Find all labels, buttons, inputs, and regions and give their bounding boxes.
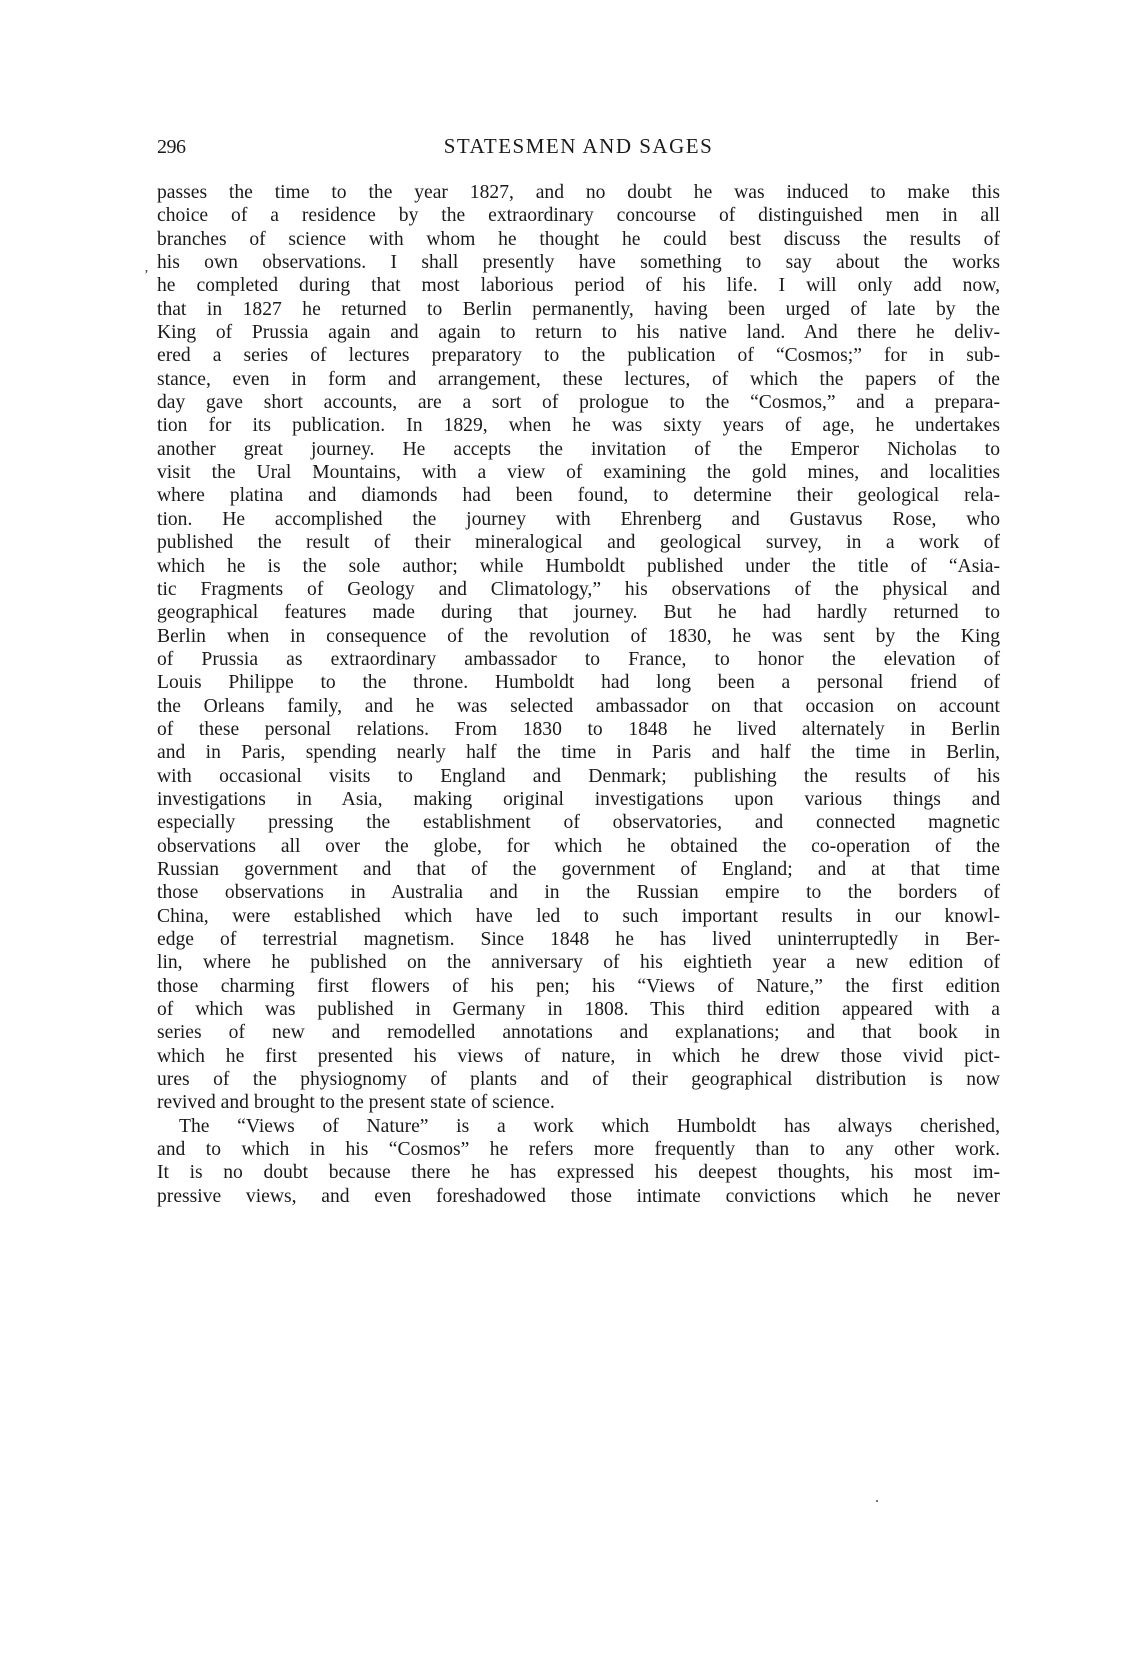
document-page: 296 STATESMEN AND SAGES passes the time …: [157, 132, 1000, 1208]
text-line: where platina and diamonds had been foun…: [157, 484, 1000, 507]
text-line: China, were established which have led t…: [157, 905, 1000, 928]
text-line: tion for its publication. In 1829, when …: [157, 414, 1000, 437]
text-line: choice of a residence by the extraordina…: [157, 204, 1000, 227]
text-line: another great journey. He accepts the in…: [157, 438, 1000, 461]
text-line: those observations in Australia and in t…: [157, 881, 1000, 904]
text-line: series of new and remodelled annotations…: [157, 1021, 1000, 1044]
text-line: geographical features made during that j…: [157, 601, 1000, 624]
text-line: especially pressing the establishment of…: [157, 811, 1000, 834]
text-line: he completed during that most laborious …: [157, 274, 1000, 297]
text-line: his own observations. I shall presently …: [157, 251, 1000, 274]
text-line: passes the time to the year 1827, and no…: [157, 181, 1000, 204]
text-line: Russian government and that of the gover…: [157, 858, 1000, 881]
text-line: branches of science with whom he thought…: [157, 228, 1000, 251]
body-text: passes the time to the year 1827, and no…: [157, 181, 1000, 1208]
text-line: of which was published in Germany in 180…: [157, 998, 1000, 1021]
text-line: and to which in his “Cosmos” he refers m…: [157, 1138, 1000, 1161]
text-line: King of Prussia again and again to retur…: [157, 321, 1000, 344]
text-line: Louis Philippe to the throne. Humboldt h…: [157, 671, 1000, 694]
text-line: investigations in Asia, making original …: [157, 788, 1000, 811]
text-line: The “Views of Nature” is a work which Hu…: [157, 1115, 1000, 1138]
text-line: observations all over the globe, for whi…: [157, 835, 1000, 858]
margin-mark: ʼ: [144, 268, 149, 284]
text-line: published the result of their mineralogi…: [157, 531, 1000, 554]
text-line: tic Fragments of Geology and Climatology…: [157, 578, 1000, 601]
text-line: revived and brought to the present state…: [157, 1091, 1000, 1114]
text-line: lin, where he published on the anniversa…: [157, 951, 1000, 974]
running-title: STATESMEN AND SAGES: [157, 134, 1000, 159]
running-head: 296 STATESMEN AND SAGES: [157, 132, 1000, 166]
text-line: the Orleans family, and he was selected …: [157, 695, 1000, 718]
text-line: edge of terrestrial magnetism. Since 184…: [157, 928, 1000, 951]
speck-mark: [876, 1500, 878, 1502]
text-line: ures of the physiognomy of plants and of…: [157, 1068, 1000, 1091]
text-line: of Prussia as extraordinary ambassador t…: [157, 648, 1000, 671]
paragraph-1: passes the time to the year 1827, and no…: [157, 181, 1000, 1115]
text-line: pressive views, and even foreshadowed th…: [157, 1185, 1000, 1208]
text-line: those charming first flowers of his pen;…: [157, 975, 1000, 998]
text-line: stance, even in form and arrangement, th…: [157, 368, 1000, 391]
text-line: It is no doubt because there he has expr…: [157, 1161, 1000, 1184]
text-line: which he is the sole author; while Humbo…: [157, 555, 1000, 578]
text-line: tion. He accomplished the journey with E…: [157, 508, 1000, 531]
text-line: which he first presented his views of na…: [157, 1045, 1000, 1068]
text-line: Berlin when in consequence of the revolu…: [157, 625, 1000, 648]
text-line: ered a series of lectures preparatory to…: [157, 344, 1000, 367]
text-line: and in Paris, spending nearly half the t…: [157, 741, 1000, 764]
text-line: day gave short accounts, are a sort of p…: [157, 391, 1000, 414]
paragraph-2: The “Views of Nature” is a work which Hu…: [157, 1115, 1000, 1208]
text-line: that in 1827 he returned to Berlin perma…: [157, 298, 1000, 321]
text-line: with occasional visits to England and De…: [157, 765, 1000, 788]
text-line: of these personal relations. From 1830 t…: [157, 718, 1000, 741]
text-line: visit the Ural Mountains, with a view of…: [157, 461, 1000, 484]
